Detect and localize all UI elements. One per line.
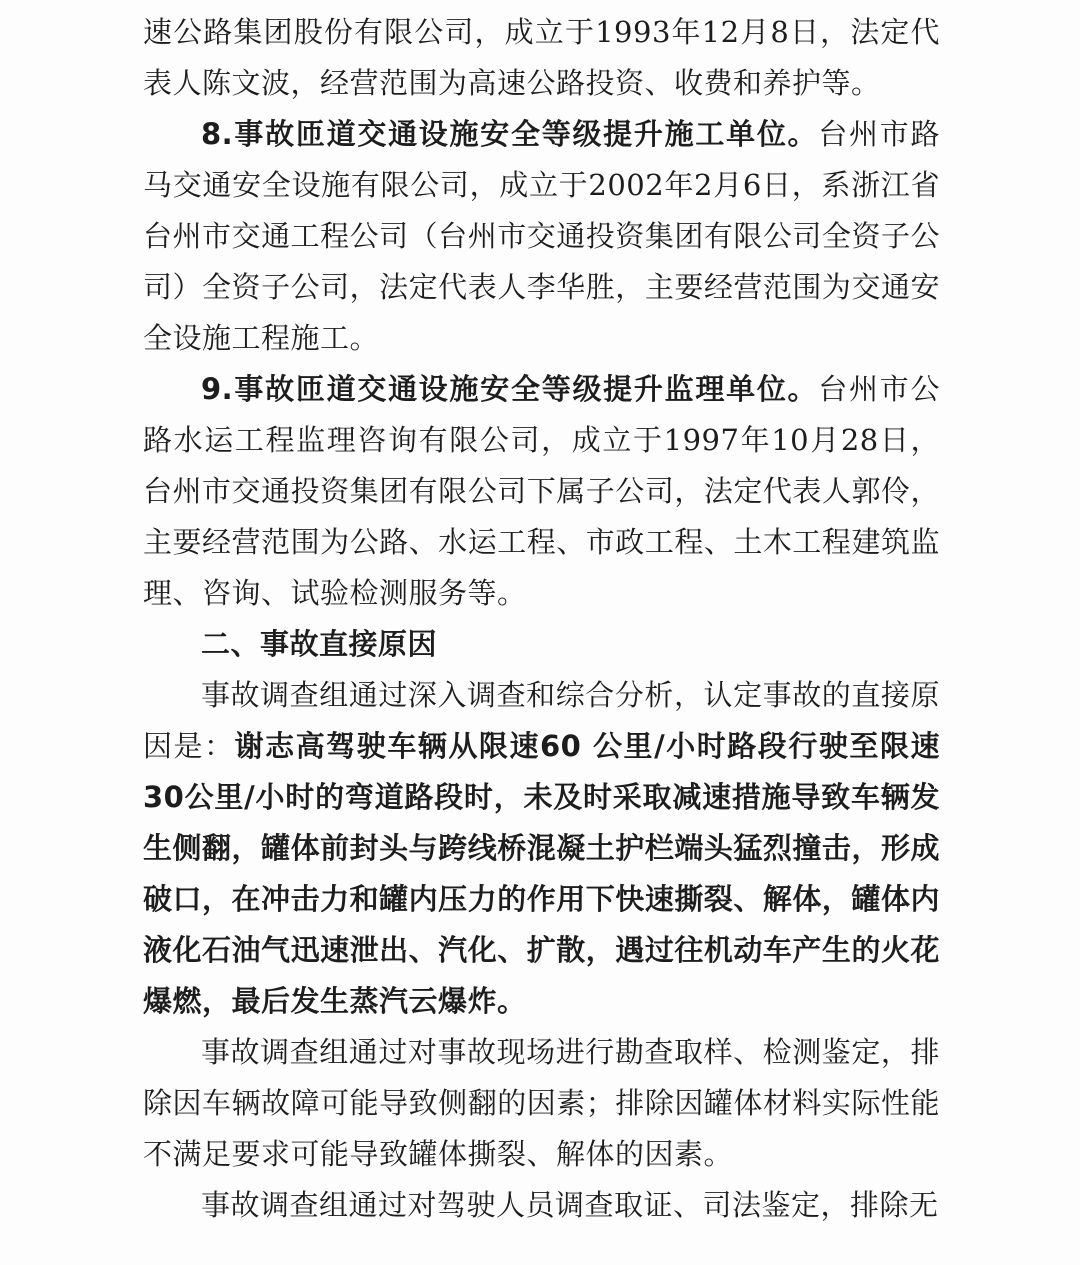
para-expressway-company-continued: 速公路集团股份有限公司，成立于1993年12月8日，法定代表人陈文波，经营范围为… <box>143 7 940 109</box>
text-run: 事故调查组通过对事故现场进行勘查取样、检测鉴定，排除因车辆故障可能导致侧翻的因素… <box>143 1035 940 1171</box>
para-item8-construction-unit: 8.事故匝道交通设施安全等级提升施工单位。台州市路马交通安全设施有限公司，成立于… <box>143 109 940 364</box>
emphasis-text-run: 二、事故直接原因 <box>201 627 437 661</box>
text-run: 台州市路马交通安全设施有限公司，成立于2002年2月6日，系浙江省台州市交通工程… <box>143 117 940 355</box>
para-driver-investigation: 事故调查组通过对驾驶人员调查取证、司法鉴定，排除无 <box>143 1180 940 1231</box>
report-text: 速公路集团股份有限公司，成立于1993年12月8日，法定代表人陈文波，经营范围为… <box>143 7 940 1231</box>
emphasis-text-run: 谢志高驾驶车辆从限速60 公里/小时路段行驶至限速30公里/小时的弯道路段时，未… <box>143 729 940 1018</box>
para-direct-cause-analysis: 事故调查组通过深入调查和综合分析，认定事故的直接原因是：谢志高驾驶车辆从限速60… <box>143 670 940 1027</box>
document-page: 速公路集团股份有限公司，成立于1993年12月8日，法定代表人陈文波，经营范围为… <box>0 0 1080 1265</box>
emphasis-text-run: 9.事故匝道交通设施安全等级提升监理单位。 <box>201 372 818 406</box>
text-run: 台州市公路水运工程监理咨询有限公司，成立于1997年10月28日，台州市交通投资… <box>143 372 940 610</box>
para-scene-investigation: 事故调查组通过对事故现场进行勘查取样、检测鉴定，排除因车辆故障可能导致侧翻的因素… <box>143 1027 940 1180</box>
text-run: 速公路集团股份有限公司，成立于1993年12月8日，法定代表人陈文波，经营范围为… <box>143 15 940 100</box>
text-run: 事故调查组通过对驾驶人员调查取证、司法鉴定，排除无 <box>201 1188 939 1222</box>
emphasis-text-run: 8.事故匝道交通设施安全等级提升施工单位。 <box>201 117 818 151</box>
para-item9-supervision-unit: 9.事故匝道交通设施安全等级提升监理单位。台州市公路水运工程监理咨询有限公司，成… <box>143 364 940 619</box>
heading-direct-cause: 二、事故直接原因 <box>143 619 940 670</box>
